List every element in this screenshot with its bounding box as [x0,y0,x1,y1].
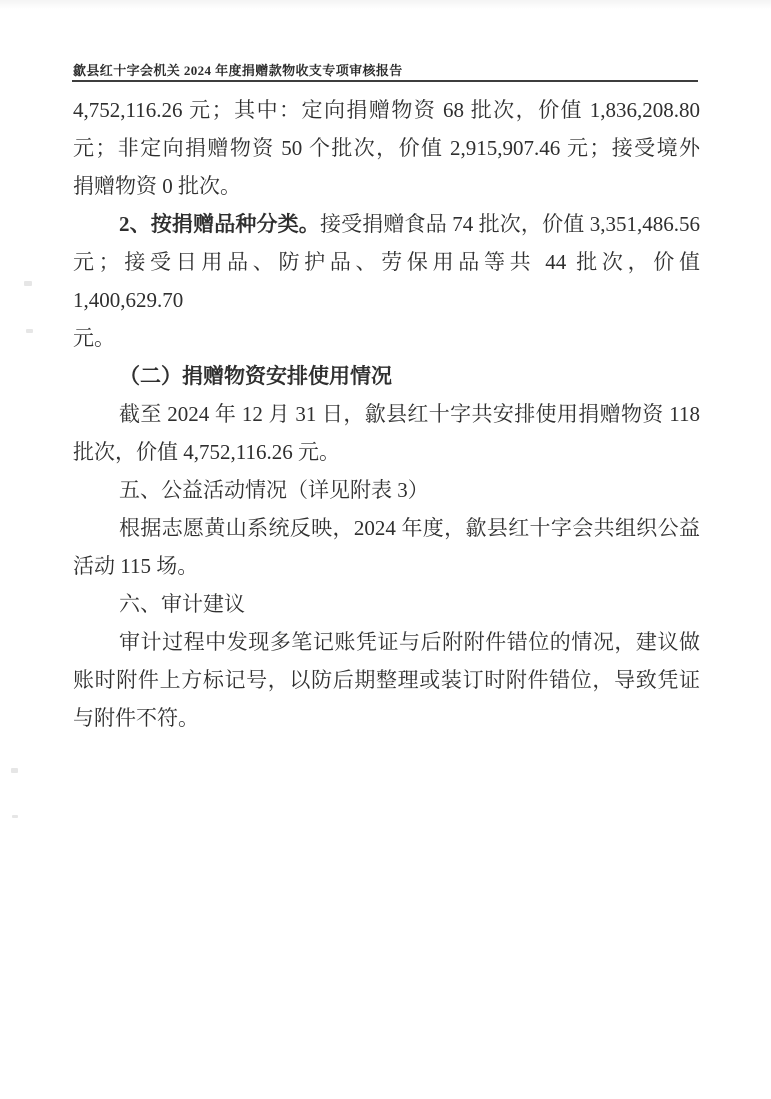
document-body: 4,752,116.26 元；其中：定向捐赠物资 68 批次，价值 1,836,… [73,91,700,737]
scan-speck [24,281,32,286]
scan-speck [11,768,18,773]
body-line: 活动 115 场。 [73,547,700,585]
body-line: 批次，价值 4,752,116.26 元。 [73,433,700,471]
body-line: 截至 2024 年 12 月 31 日，歙县红十字共安排使用捐赠物资 118 [73,395,700,433]
body-line: 捐赠物资 0 批次。 [73,167,700,205]
body-line: 审计过程中发现多笔记账凭证与后附附件错位的情况，建议做 [73,623,700,661]
body-line: 根据志愿黄山系统反映，2024 年度，歙县红十字会共组织公益 [73,509,700,547]
section-heading: 五、公益活动情况（详见附表 3） [73,471,700,509]
body-line: 2、按捐赠品种分类。接受捐赠食品 74 批次，价值 3,351,486.56 [73,205,700,243]
body-line: 4,752,116.26 元；其中：定向捐赠物资 68 批次，价值 1,836,… [73,91,700,129]
body-line: 与附件不符。 [73,699,700,737]
section-heading: 六、审计建议 [73,585,700,623]
body-line: 元；接受日用品、防护品、劳保用品等共 44 批次，价值 1,400,629.70 [73,243,700,319]
header-rule [72,80,698,82]
scan-speck [12,815,18,818]
body-line: 元。 [73,319,700,357]
body-line: 元；非定向捐赠物资 50 个批次，价值 2,915,907.46 元；接受境外 [73,129,700,167]
scan-edge-shadow [0,0,771,9]
running-header: 歙县红十字会机关 2024 年度捐赠款物收支专项审核报告 [73,60,699,79]
bold-lead-text: 2、按捐赠品种分类。 [119,212,320,236]
body-line: 账时附件上方标记号，以防后期整理或装订时附件错位，导致凭证 [73,661,700,699]
document-page: 歙县红十字会机关 2024 年度捐赠款物收支专项审核报告 4,752,116.2… [0,0,771,1099]
section-heading: （二）捐赠物资安排使用情况 [73,357,700,395]
body-line-text: 接受捐赠食品 74 批次，价值 3,351,486.56 [320,212,700,236]
scan-speck [26,329,33,333]
